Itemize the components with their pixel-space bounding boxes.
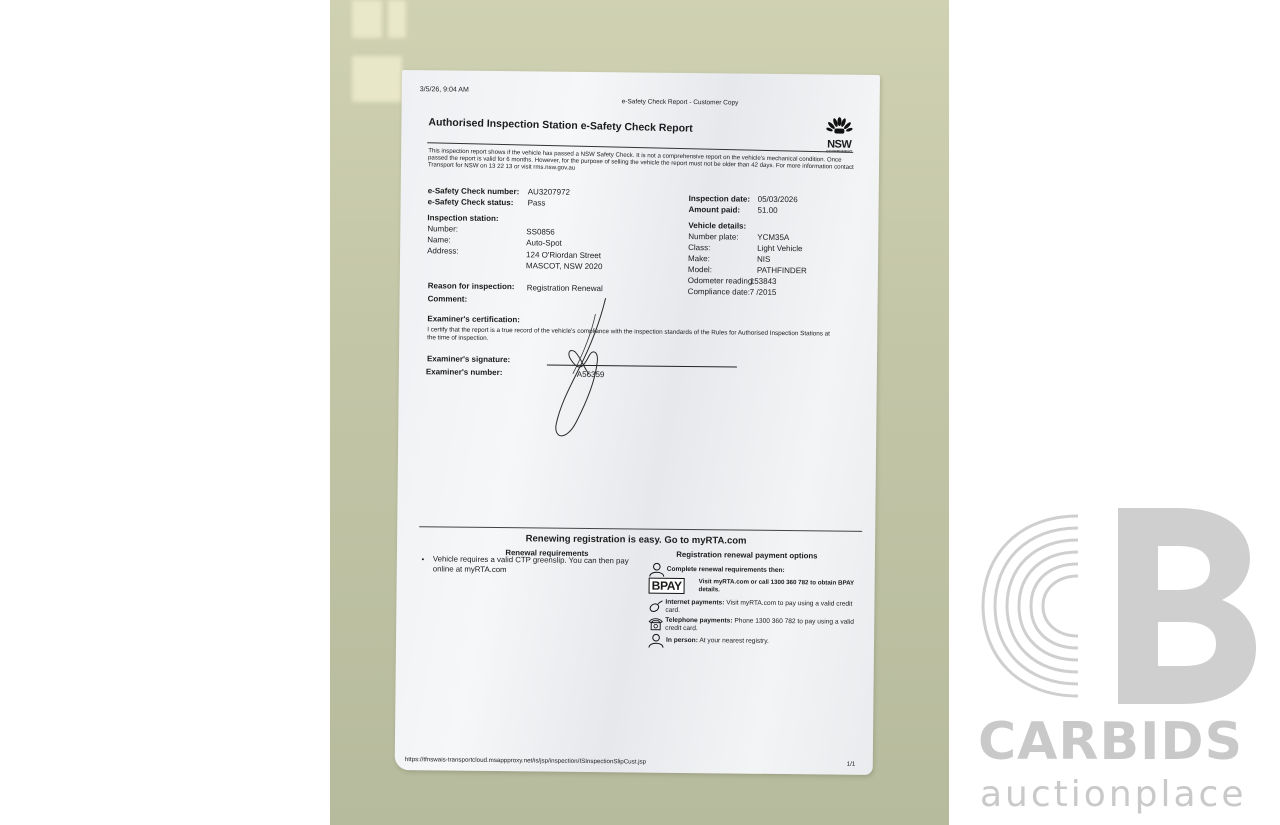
station-name-label: Name: (427, 235, 451, 244)
reason-value: Registration Renewal (527, 283, 603, 293)
vehicle-detail-label: Model: (688, 265, 712, 274)
intro-paragraph: This inspection report shows if the vehi… (428, 147, 858, 178)
nsw-logo-text: NSW (823, 139, 855, 149)
mouse-icon (648, 600, 663, 613)
check-summary: e-Safety Check number: AU3207972 e-Safet… (428, 186, 658, 210)
vehicle-detail-value: NIS (757, 255, 770, 264)
vehicle-detail-label: Class: (688, 243, 710, 252)
payment-options-list: Complete renewal requirements then: BPAY… (648, 563, 859, 650)
nsw-government-logo: NSW GOVERNMENT (823, 116, 855, 153)
option-bpay: BPAY Visit myRTA.com or call 1300 360 78… (648, 577, 858, 600)
station-number-label: Number: (427, 224, 458, 233)
option-bold: Internet payments: (665, 599, 724, 607)
print-timestamp: 3/5/26, 9:04 AM (420, 86, 469, 94)
signature-label: Examiner's signature: (427, 354, 510, 364)
amount-paid-label: Amount paid: (689, 205, 741, 215)
carbids-wordmark: CARBIDS (978, 712, 1243, 772)
window-reflection (388, 0, 406, 38)
examiner-signature (548, 294, 620, 445)
vehicle-detail-value: 153843 (750, 277, 777, 286)
reason-label: Reason for inspection: (428, 281, 515, 291)
bpay-icon: BPAY (649, 578, 685, 594)
vehicle-detail-value: 7 /2015 (750, 288, 777, 297)
option-text: In person: At your nearest registry. (666, 637, 769, 646)
window-reflection (352, 56, 402, 102)
amount-paid-value: 51.00 (758, 206, 778, 215)
vehicle-detail-label: Odometer reading: (688, 276, 755, 286)
station-address-label: Address: (427, 246, 459, 255)
payment-options-heading: Registration renewal payment options (647, 550, 847, 561)
option-text: Complete renewal requirements then: (667, 566, 785, 575)
telephone-icon (648, 618, 663, 631)
requirement-item: Vehicle requires a valid CTP greenslip. … (433, 554, 641, 575)
footer-divider (419, 526, 862, 532)
person-icon (648, 634, 664, 648)
inspection-date-label: Inspection date: (689, 194, 750, 204)
footer-url: https://tfnswais-transportcloud.msapppro… (405, 756, 646, 766)
vehicle-detail-label: Number plate: (688, 232, 738, 242)
option-text: Visit myRTA.com or call 1300 360 782 to … (699, 578, 859, 596)
vehicle-detail-value: YCM35A (757, 233, 789, 242)
option-text: Internet payments: Visit myRTA.com to pa… (665, 599, 855, 617)
option-telephone: Telephone payments: Phone 1300 360 782 t… (648, 616, 858, 636)
vehicle-detail-label: Compliance date: (688, 287, 750, 297)
person-icon (649, 563, 665, 577)
option-in-person: In person: At your nearest registry. (648, 634, 858, 650)
carbids-watermark: CARBIDS auctionplace (970, 500, 1260, 820)
listing-photo-frame: 3/5/26, 9:04 AM e-Safety Check Report - … (0, 0, 1280, 825)
check-status-value: Pass (528, 198, 546, 207)
document-photo: 3/5/26, 9:04 AM e-Safety Check Report - … (330, 0, 949, 825)
page-header: e-Safety Check Report - Customer Copy (622, 98, 739, 106)
station-name-value: Auto-Spot (526, 238, 562, 247)
report-title: Authorised Inspection Station e-Safety C… (428, 116, 693, 134)
check-number-value: AU3207972 (528, 187, 570, 196)
station-number-value: SS0856 (526, 227, 555, 236)
certification-heading: Examiner's certification: (427, 314, 520, 324)
check-number-label: e-Safety Check number: (428, 186, 520, 196)
station-address-line2: MASCOT, NSW 2020 (526, 261, 603, 271)
vehicle-detail-value: Light Vehicle (757, 244, 802, 253)
renewal-heading: Renewing registration is easy. Go to myR… (397, 532, 875, 548)
check-status-label: e-Safety Check status: (428, 197, 514, 207)
window-reflection (352, 0, 382, 38)
waratah-icon (826, 116, 852, 134)
vehicle-details: Vehicle details: Number plate:YCM35AClas… (688, 221, 859, 300)
inspection-report-page: 3/5/26, 9:04 AM e-Safety Check Report - … (395, 70, 880, 775)
vehicle-detail-label: Make: (688, 254, 710, 263)
certification-text: I certify that the report is a true reco… (427, 326, 837, 345)
vehicle-detail-value: PATHFINDER (757, 266, 807, 276)
inspection-station: Inspection station: Number: SS0856 Name:… (427, 213, 658, 270)
auctionplace-wordmark: auctionplace (980, 774, 1246, 815)
option-detail: At your nearest registry. (699, 637, 769, 645)
carbids-logo-icon (978, 506, 1258, 706)
option-bold: In person: (666, 637, 698, 644)
requirements-list: Vehicle requires a valid CTP greenslip. … (415, 554, 641, 575)
inspection-date-value: 05/03/2026 (758, 195, 798, 204)
option-text: Telephone payments: Phone 1300 360 782 t… (665, 617, 855, 635)
reason-section: Reason for inspection: Registration Rene… (428, 281, 658, 307)
vehicle-rows: Number plate:YCM35AClass:Light VehicleMa… (688, 232, 859, 300)
option-bold: Telephone payments: (665, 617, 732, 625)
page-number: 1/1 (847, 761, 856, 768)
comment-label: Comment: (428, 294, 468, 303)
vehicle-detail-row: Compliance date:7 /2015 (688, 287, 858, 300)
payment-summary: Inspection date: 05/03/2026 Amount paid:… (688, 194, 858, 218)
option-internet: Internet payments: Visit myRTA.com to pa… (648, 598, 858, 618)
examiner-number-label: Examiner's number: (426, 367, 503, 377)
